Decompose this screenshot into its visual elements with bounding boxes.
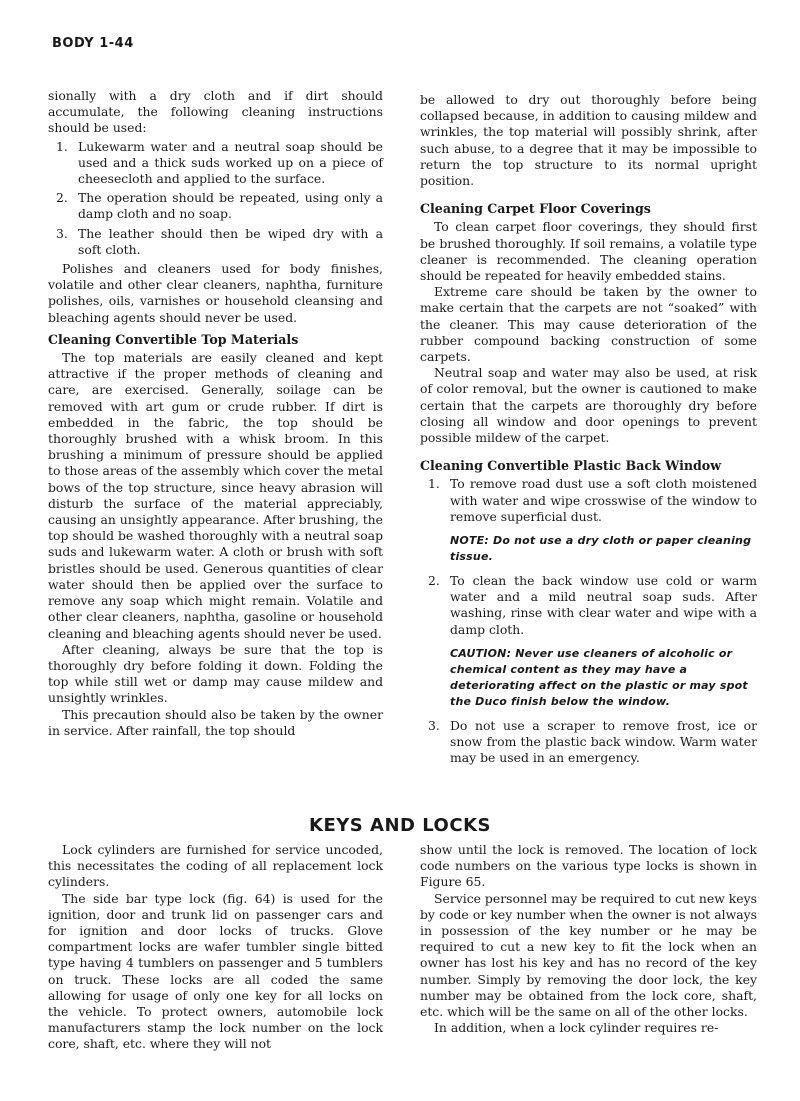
left-column-top: sionally with a dry cloth and if dirt sh…	[48, 88, 383, 739]
continued-paragraph: be allowed to dry out thoroughly before …	[420, 92, 757, 189]
window-cleaning-steps: 1.To remove road dust use a soft cloth m…	[420, 476, 757, 525]
polishes-paragraph: Polishes and cleaners used for body fini…	[48, 261, 383, 326]
leather-cleaning-steps: 1.Lukewarm water and a neutral soap shou…	[48, 139, 383, 258]
keys-paragraph-5: In addition, when a lock cylinder requir…	[420, 1020, 757, 1036]
list-item: 3.The leather should then be wiped dry w…	[48, 226, 383, 258]
list-item: 1.To remove road dust use a soft cloth m…	[420, 476, 757, 525]
list-item: 2.The operation should be repeated, usin…	[48, 190, 383, 222]
keys-paragraph-4: Service personnel may be required to cut…	[420, 891, 757, 1021]
left-column-bottom: Lock cylinders are furnished for service…	[48, 842, 383, 1053]
page-header: BODY 1-44	[52, 36, 134, 51]
keys-paragraph-1: Lock cylinders are furnished for service…	[48, 842, 383, 891]
note-callout: NOTE: Do not use a dry cloth or paper cl…	[420, 533, 757, 565]
window-cleaning-steps-cont: 2.To clean the back window use cold or w…	[420, 573, 757, 638]
convertible-paragraph-3: This precaution should also be taken by …	[48, 707, 383, 739]
list-item: 1.Lukewarm water and a neutral soap shou…	[48, 139, 383, 188]
list-item: 2.To clean the back window use cold or w…	[420, 573, 757, 638]
right-column-bottom: show until the lock is removed. The loca…	[420, 842, 757, 1036]
convertible-paragraph-1: The top materials are easily cleaned and…	[48, 350, 383, 642]
caution-callout: CAUTION: Never use cleaners of alcoholic…	[420, 646, 757, 710]
keys-paragraph-3: show until the lock is removed. The loca…	[420, 842, 757, 891]
right-column-top: be allowed to dry out thoroughly before …	[420, 92, 757, 770]
keys-and-locks-title: KEYS AND LOCKS	[0, 815, 800, 836]
list-item: 3.Do not use a scraper to remove frost, …	[420, 718, 757, 767]
convertible-top-heading: Cleaning Convertible Top Materials	[48, 332, 383, 348]
carpet-paragraph-1: To clean carpet floor coverings, they sh…	[420, 219, 757, 284]
window-cleaning-steps-end: 3.Do not use a scraper to remove frost, …	[420, 718, 757, 767]
carpet-heading: Cleaning Carpet Floor Coverings	[420, 201, 757, 217]
convertible-paragraph-2: After cleaning, always be sure that the …	[48, 642, 383, 707]
keys-paragraph-2: The side bar type lock (fig. 64) is used…	[48, 891, 383, 1053]
intro-paragraph: sionally with a dry cloth and if dirt sh…	[48, 88, 383, 137]
carpet-paragraph-2: Extreme care should be taken by the owne…	[420, 284, 757, 365]
plastic-window-heading: Cleaning Convertible Plastic Back Window	[420, 458, 757, 474]
carpet-paragraph-3: Neutral soap and water may also be used,…	[420, 365, 757, 446]
